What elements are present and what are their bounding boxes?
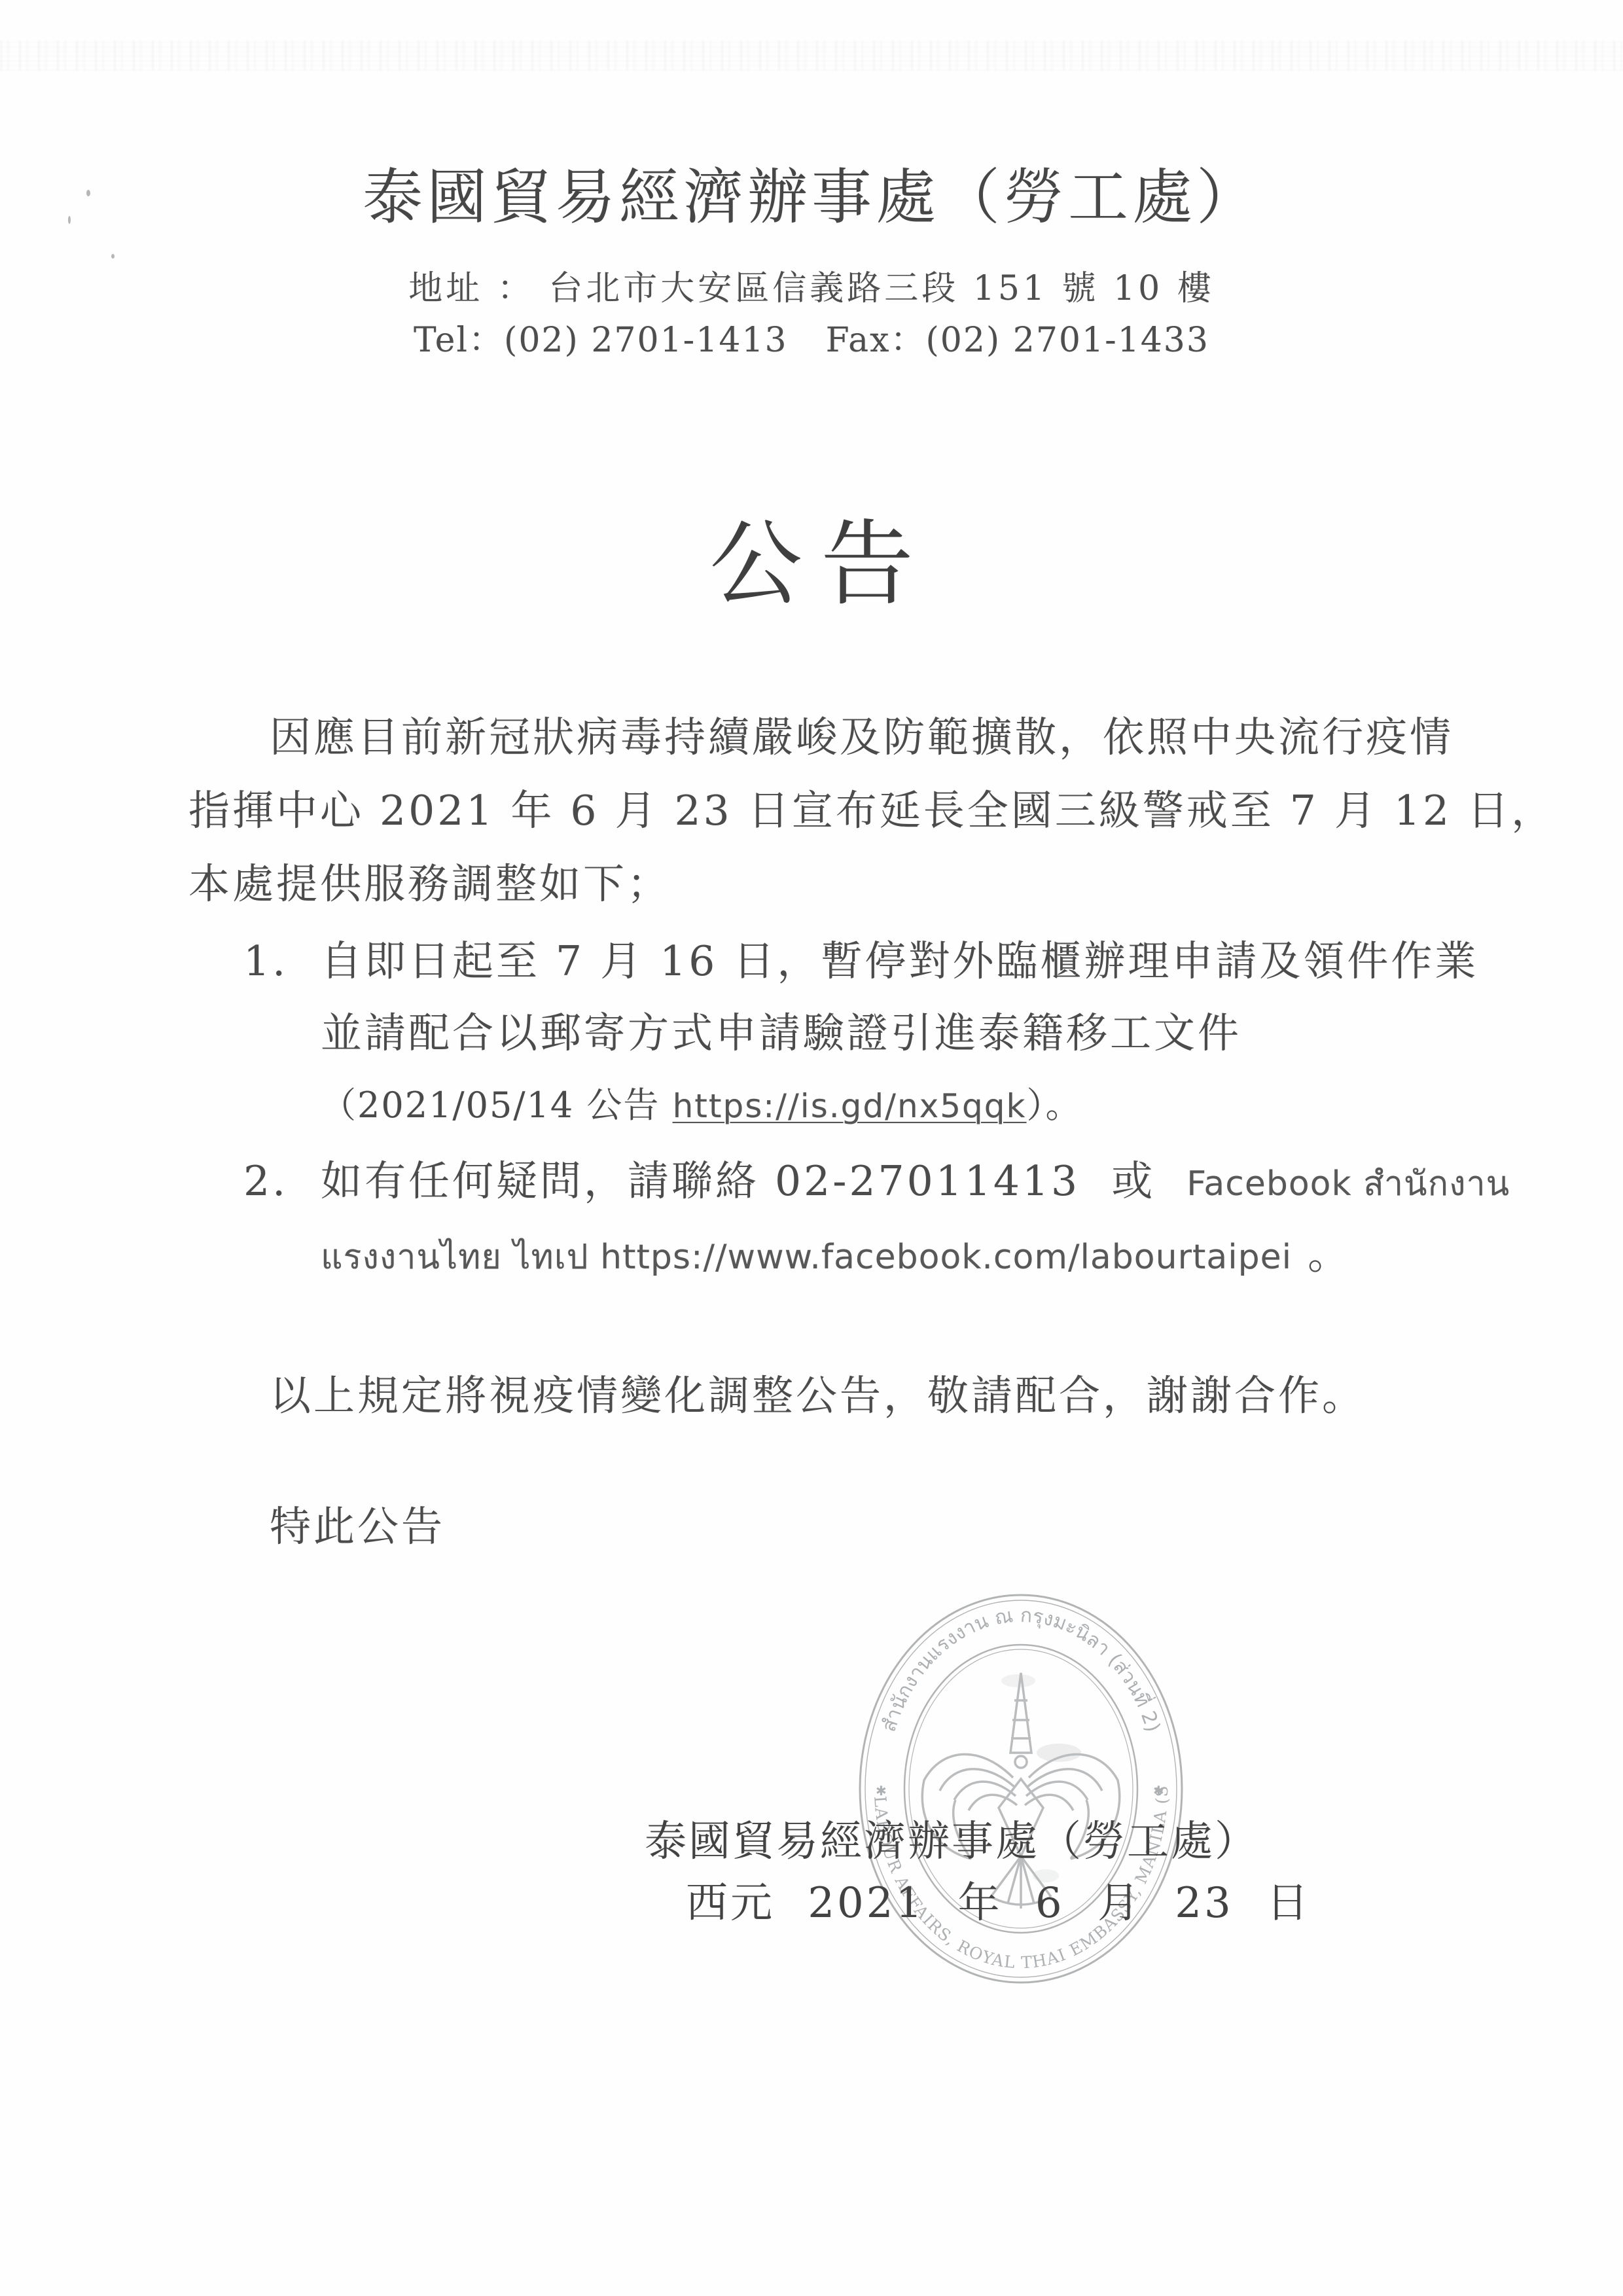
intro-line-1: 因應目前新冠狀病毒持續嚴峻及防範擴散，依照中央流行疫情 <box>188 704 1454 764</box>
signature-org-name: 泰國貿易經濟辦事處（勞工處） <box>645 1808 1258 1868</box>
list-item-1-line-2: 並請配合以郵寄方式申請驗證引進泰籍移工文件 <box>321 1000 1241 1060</box>
letterhead-org-name: 泰國貿易經濟辦事處（勞工處） <box>0 149 1623 236</box>
list-item-2-line-1: 2.如有任何疑問，請聯絡 02-27011413 或 Facebook สำนั… <box>243 1148 1510 1210</box>
list-item-1-text: 自即日起至 7 月 16 日，暫停對外臨櫃辦理申請及領件作業 <box>321 937 1478 985</box>
proclamation-line: 特此公告 <box>188 1494 445 1553</box>
scan-noise-band <box>0 41 1623 71</box>
stamp-side-mark-left: ✱ <box>876 1783 887 1799</box>
closing-line: 以上規定將視疫情變化調整公告，敬請配合，謝謝合作。 <box>188 1363 1366 1422</box>
list-item-2-number: 2. <box>243 1157 321 1205</box>
notice-title: 公告 <box>0 490 1623 623</box>
letterhead-tel-fax: Tel：(02) 2701-1413Fax：(02) 2701-1433 <box>0 312 1623 361</box>
note-open-text: （2021/05/14 公告 <box>321 1085 673 1126</box>
intro-line-3: 本處提供服務調整如下； <box>188 851 671 910</box>
stamp-side-mark-right: ✱ <box>1153 1783 1164 1799</box>
letterhead-fax: Fax：(02) 2701-1433 <box>826 321 1209 360</box>
list-item-1-number: 1. <box>243 937 321 985</box>
letterhead-tel: Tel：(02) 2701-1413 <box>414 321 788 360</box>
note-close-text: ）。 <box>1026 1085 1082 1126</box>
labour-office-thai-name: แรงงานไทย ไทเป <box>321 1238 600 1277</box>
list-item-2-line-2: แรงงานไทย ไทเป https://www.facebook.com/… <box>321 1221 1351 1283</box>
letterhead-address: 地址 ： 台北市大安區信義路三段 151 號 10 樓 <box>0 260 1623 310</box>
list-item-1-note: （2021/05/14 公告 https://is.gd/nx5qqk）。 <box>321 1077 1082 1128</box>
scanned-announcement-page: 泰國貿易經濟辦事處（勞工處） 地址 ： 台北市大安區信義路三段 151 號 10… <box>0 0 1623 2296</box>
facebook-office-name-thai: Facebook สำนักงาน <box>1186 1164 1510 1204</box>
facebook-url: https://www.facebook.com/labourtaipei <box>600 1238 1292 1277</box>
sentence-period: 。 <box>1292 1230 1351 1278</box>
shortlink-url: https://is.gd/nx5qqk <box>673 1087 1027 1125</box>
list-item-1-line-1: 1.自即日起至 7 月 16 日，暫停對外臨櫃辦理申請及領件作業 <box>243 928 1478 988</box>
list-item-2-text: 如有任何疑問，請聯絡 02-27011413 或 <box>321 1157 1186 1205</box>
intro-line-2: 指揮中心 2021 年 6 月 23 日宣布延長全國三級警戒至 7 月 12 日… <box>188 778 1555 837</box>
scan-speck <box>111 254 115 259</box>
signature-date: 西元 2021 年 6 月 23 日 <box>686 1869 1311 1929</box>
